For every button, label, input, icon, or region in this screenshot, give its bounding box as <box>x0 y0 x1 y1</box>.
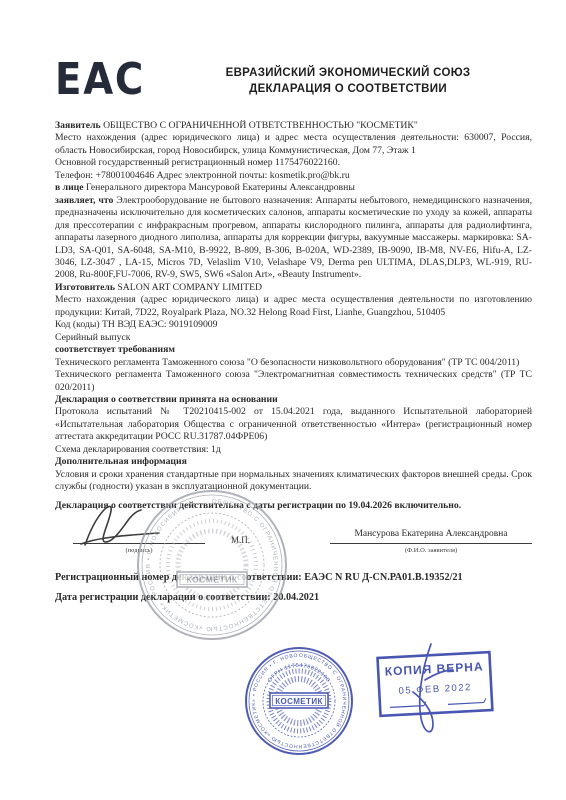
paragraph-basis-heading: Декларация о соответствии принята на осн… <box>55 394 532 406</box>
paragraph-serial: Серийный выпуск <box>55 332 532 344</box>
blue-stamp-rim-text: ОБЩЕСТВО С ОГРАНИЧЕННОЙ ОТВЕТСТВЕННОСТЬЮ… <box>243 645 347 749</box>
paragraph-additional-heading: Дополнительная информация <box>55 456 532 468</box>
paragraph-scheme: Схема декларирования соответствия: 1д <box>55 444 532 456</box>
copy-verna-stamp: КОПИЯ ВЕРНА 05 ФЕВ 2022 <box>365 640 505 750</box>
paragraph-manufacturer-address: Место нахождения (адрес юридического лиц… <box>55 294 532 319</box>
signature-block: (подпись) М.П. Мансурова Екатерина Алекс… <box>55 528 532 557</box>
blue-round-stamp: ОБЩЕСТВО С ОГРАНИЧЕННОЙ ОТВЕТСТВЕННОСТЬЮ… <box>243 645 355 757</box>
paragraph-tnved-code: Код (коды) ТН ВЭД ЕАЭС: 9019109009 <box>55 319 532 331</box>
signature-line-right <box>330 542 532 544</box>
blue-stamp-center-text: КОСМЕТИК <box>275 697 323 706</box>
copy-stamp-date: 05 ФЕВ 2022 <box>398 682 472 697</box>
paragraph-storage: Условия и сроки хранения стандартные при… <box>55 469 532 494</box>
registration-number-line: Регистрационный номер декларации о соотв… <box>55 573 532 583</box>
signature-caption-left: (подпись) <box>73 545 205 557</box>
svg-text:ОБЩЕСТВО С ОГРАНИЧЕННОЙ ОТВЕТС: ОБЩЕСТВО С ОГРАНИЧЕННОЙ ОТВЕТСТВЕННОСТЬЮ… <box>243 645 347 749</box>
eac-logo: ЕАС <box>55 58 145 102</box>
copy-stamp-signature <box>413 644 453 732</box>
paragraph-complies-heading: соответствует требованиям <box>55 344 532 356</box>
paragraph-validity: Декларация о соответствии действительна … <box>55 500 532 512</box>
paragraph-contacts: Телефон: +78001004646 Адрес электронной … <box>55 170 532 182</box>
blue-stamp-ogrn-text: ОГРН 1175476022160 <box>267 663 331 684</box>
paragraph-director: в лице Генерального директора Мансуровой… <box>55 182 532 194</box>
document-header: ЕВРАЗИЙСКИЙ ЭКОНОМИЧЕСКИЙ СОЮЗ ДЕКЛАРАЦИ… <box>165 66 531 97</box>
paragraph-tr-ts-020: Технического регламента Таможенного союз… <box>55 369 532 394</box>
union-title: ЕВРАЗИЙСКИЙ ЭКОНОМИЧЕСКИЙ СОЮЗ <box>165 66 531 82</box>
paragraph-test-protocol: Протокола испытаний № Т20210415-002 от 1… <box>55 406 532 443</box>
paragraph-ogrn: Основной государственный регистрационный… <box>55 157 532 169</box>
signature-right: Мансурова Екатерина Александровна (Ф.И.О… <box>330 528 532 557</box>
registration-date-value: 20.04.2021 <box>273 592 319 603</box>
applicant-name: Мансурова Екатерина Александровна <box>330 528 532 540</box>
svg-text:ОГРН 1175476022160: ОГРН 1175476022160 <box>267 663 331 684</box>
lead: Заявитель <box>55 120 103 131</box>
document-title: ДЕКЛАРАЦИЯ О СООТВЕТСТВИИ <box>165 82 531 98</box>
paragraph-product: заявляет, что Электрооборудование не быт… <box>55 195 532 282</box>
paragraph-manufacturer: Изготовитель SALON ART COMPANY LIMITED <box>55 282 532 294</box>
seal-place-mark: М.П. <box>231 534 250 557</box>
paragraph-applicant-address: Место нахождения (адрес юридического лиц… <box>55 132 532 157</box>
signature-left: (подпись) <box>73 542 205 557</box>
registration-number-value: ЕАЭС N RU Д-CN.РА01.В.19352/21 <box>304 572 462 583</box>
signature-line-left <box>73 542 205 544</box>
signature-caption-right: (Ф.И.О. заявителя) <box>330 545 532 557</box>
registration-date-line: Дата регистрации декларации о соответств… <box>55 593 532 603</box>
copy-stamp-title: КОПИЯ ВЕРНА <box>384 659 483 678</box>
document-body: Заявитель ОБЩЕСТВО С ОГРАНИЧЕННОЙ ОТВЕТС… <box>55 120 532 613</box>
registration-block: Регистрационный номер декларации о соотв… <box>55 573 532 603</box>
declaration-document: ЕАС ЕВРАЗИЙСКИЙ ЭКОНОМИЧЕСКИЙ СОЮЗ ДЕКЛА… <box>0 0 566 800</box>
paragraph-applicant: Заявитель ОБЩЕСТВО С ОГРАНИЧЕННОЙ ОТВЕТС… <box>55 120 532 132</box>
paragraph-tr-ts-004: Технического регламента Таможенного союз… <box>55 357 532 369</box>
